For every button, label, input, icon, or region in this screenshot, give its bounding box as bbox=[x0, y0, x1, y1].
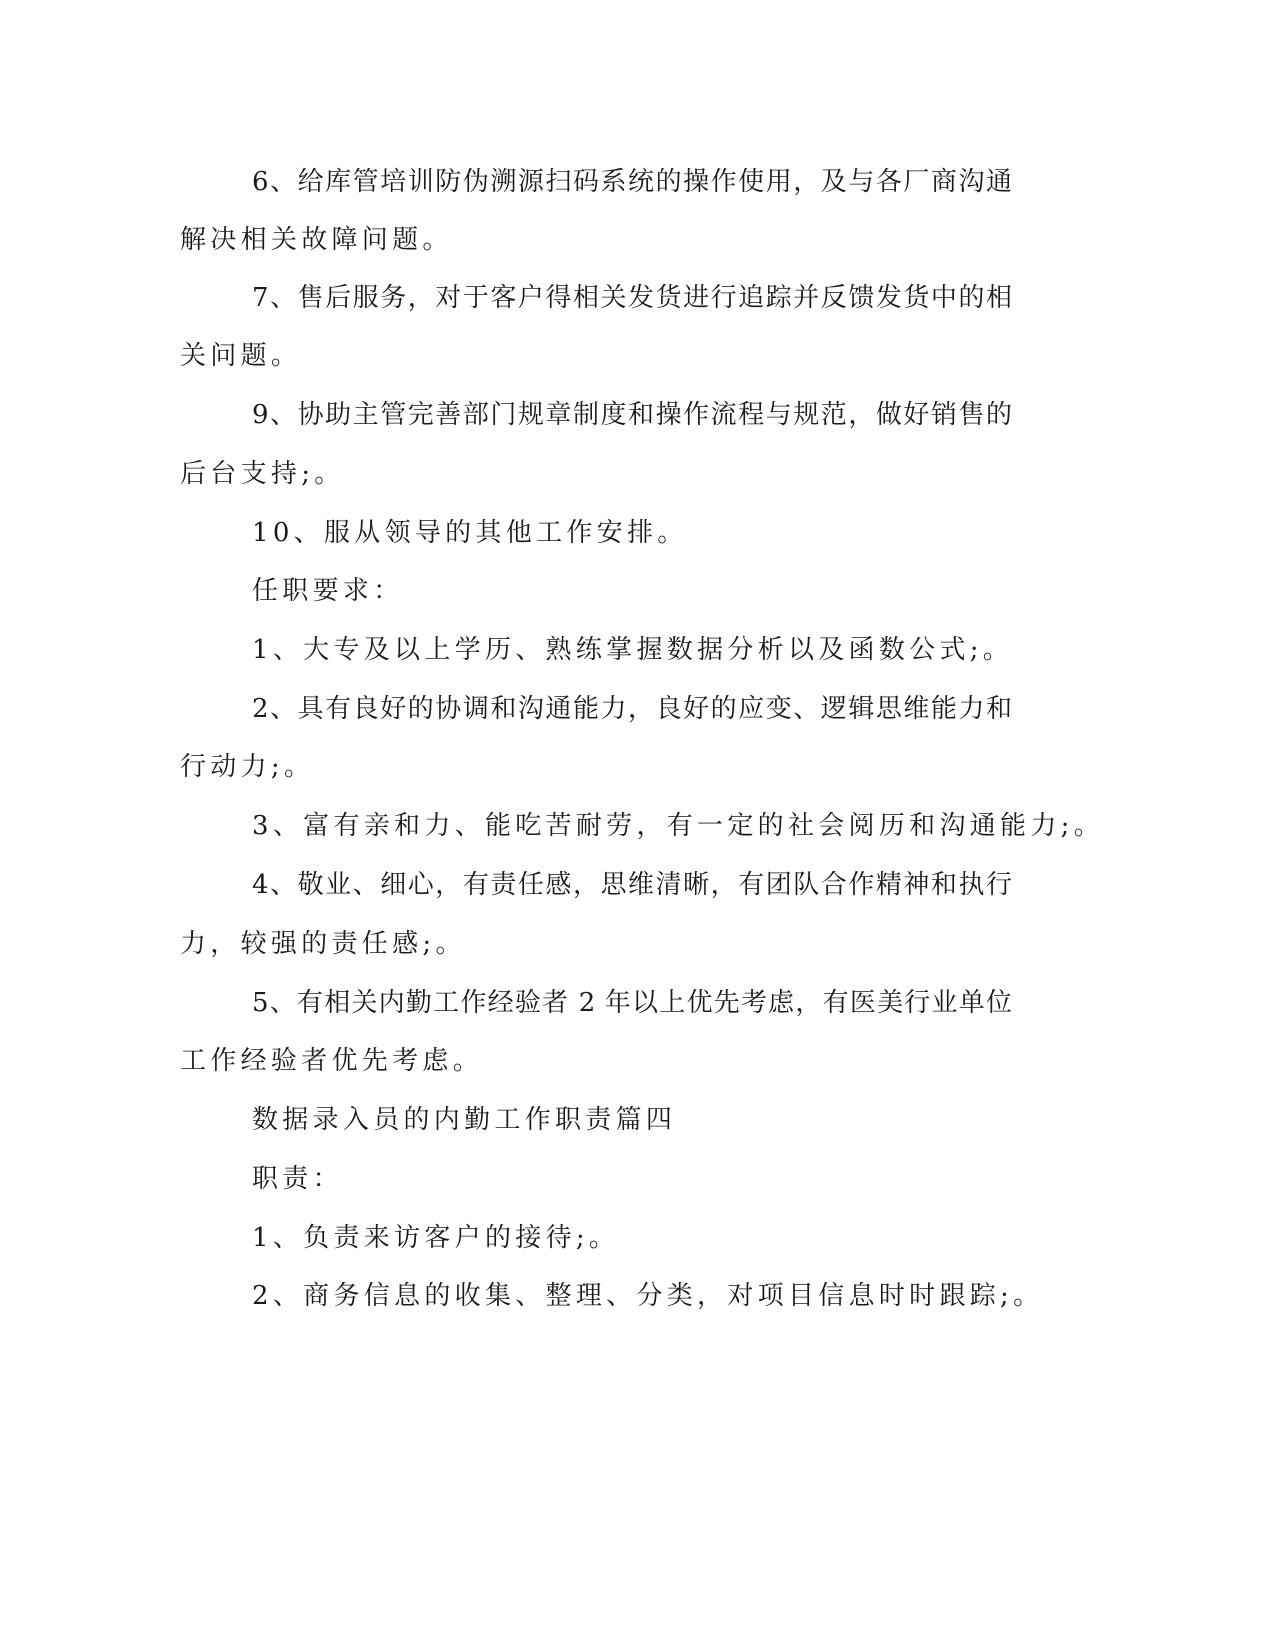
paragraph-requirement-2-line-2: 行动力;。 bbox=[180, 747, 314, 787]
paragraph-requirement-3: 3、富有亲和力、能吃苦耐劳，有一定的社会阅历和沟通能力;。 bbox=[252, 806, 1104, 846]
paragraph-duty-6-line-2: 解决相关故障问题。 bbox=[180, 220, 453, 260]
paragraph-requirement-4-line-2: 力，较强的责任感;。 bbox=[180, 924, 466, 964]
paragraph-requirement-5-line-2: 工作经验者优先考虑。 bbox=[180, 1041, 483, 1081]
section-heading-requirements: 任职要求： bbox=[252, 571, 404, 611]
paragraph-duty-2: 2、商务信息的收集、整理、分类，对项目信息时时跟踪;。 bbox=[252, 1276, 1043, 1316]
paragraph-requirement-5-line-1: 5、有相关内勤工作经验者 2 年以上优先考虑，有医美行业单位 bbox=[252, 983, 1012, 1023]
paragraph-duty-7-line-2: 关问题。 bbox=[180, 336, 301, 376]
paragraph-duty-6-line-1: 6、给库管培训防伪溯源扫码系统的操作使用，及与各厂商沟通 bbox=[252, 162, 1012, 202]
paragraph-duty-1: 1、负责来访客户的接待;。 bbox=[252, 1218, 619, 1258]
paragraph-duty-9-line-2: 后台支持;。 bbox=[180, 454, 345, 494]
section-heading-duties: 职责： bbox=[252, 1159, 343, 1199]
section-title-part-four: 数据录入员的内勤工作职责篇四 bbox=[252, 1100, 676, 1140]
paragraph-duty-10: 10、服从领导的其他工作安排。 bbox=[252, 513, 688, 553]
paragraph-requirement-1: 1、大专及以上学历、熟练掌握数据分析以及函数公式;。 bbox=[252, 630, 1013, 670]
paragraph-duty-7-line-1: 7、售后服务，对于客户得相关发货进行追踪并反馈发货中的相 bbox=[252, 278, 1012, 318]
paragraph-duty-9-line-1: 9、协助主管完善部门规章制度和操作流程与规范，做好销售的 bbox=[252, 395, 1012, 435]
paragraph-requirement-2-line-1: 2、具有良好的协调和沟通能力，良好的应变、逻辑思维能力和 bbox=[252, 689, 1012, 729]
paragraph-requirement-4-line-1: 4、敬业、细心，有责任感，思维清晰，有团队合作精神和执行 bbox=[252, 865, 1012, 905]
